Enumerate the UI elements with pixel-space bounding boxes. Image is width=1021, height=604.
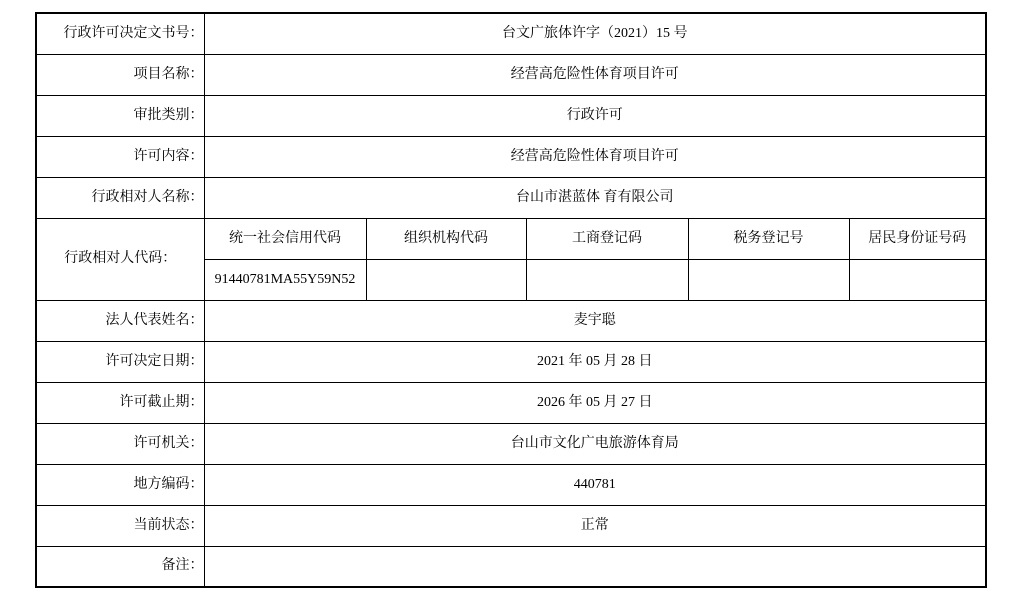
field-label-approval-category: 审批类别： bbox=[36, 95, 204, 136]
permit-info-table: 行政许可决定文书号： 台文广旅体许字（2021）15 号 项目名称： 经营高危险… bbox=[35, 12, 987, 588]
code-value-credit-code: 91440781MA55Y59N52 bbox=[204, 259, 366, 300]
field-label-document-number: 行政许可决定文书号： bbox=[36, 13, 204, 54]
field-label-project-name: 项目名称： bbox=[36, 54, 204, 95]
field-label-party-name: 行政相对人名称： bbox=[36, 177, 204, 218]
field-value-decision-date: 2021 年 05 月 28 日 bbox=[204, 341, 986, 382]
row-permit-authority: 许可机关： 台山市文化广电旅游体育局 bbox=[36, 423, 986, 464]
field-label-current-status: 当前状态： bbox=[36, 505, 204, 546]
field-value-remarks bbox=[204, 546, 986, 587]
field-label-permit-content: 许可内容： bbox=[36, 136, 204, 177]
field-label-permit-authority: 许可机关： bbox=[36, 423, 204, 464]
code-value-business-reg bbox=[526, 259, 688, 300]
row-current-status: 当前状态： 正常 bbox=[36, 505, 986, 546]
field-label-region-code: 地方编码： bbox=[36, 464, 204, 505]
code-column-header-business-reg: 工商登记码 bbox=[526, 218, 688, 259]
field-label-decision-date: 许可决定日期： bbox=[36, 341, 204, 382]
row-party-code-headers: 行政相对人代码： 统一社会信用代码 组织机构代码 工商登记码 税务登记号 居民身… bbox=[36, 218, 986, 259]
field-label-expiry-date: 许可截止期： bbox=[36, 382, 204, 423]
code-column-header-tax-reg: 税务登记号 bbox=[688, 218, 849, 259]
code-value-org-code bbox=[366, 259, 526, 300]
row-expiry-date: 许可截止期： 2026 年 05 月 27 日 bbox=[36, 382, 986, 423]
field-value-document-number: 台文广旅体许字（2021）15 号 bbox=[204, 13, 986, 54]
field-value-expiry-date: 2026 年 05 月 27 日 bbox=[204, 382, 986, 423]
field-label-remarks: 备注： bbox=[36, 546, 204, 587]
row-decision-date: 许可决定日期： 2021 年 05 月 28 日 bbox=[36, 341, 986, 382]
code-column-header-org-code: 组织机构代码 bbox=[366, 218, 526, 259]
row-party-name: 行政相对人名称： 台山市湛蓝体 育有限公司 bbox=[36, 177, 986, 218]
row-project-name: 项目名称： 经营高危险性体育项目许可 bbox=[36, 54, 986, 95]
row-approval-category: 审批类别： 行政许可 bbox=[36, 95, 986, 136]
row-legal-representative: 法人代表姓名： 麦宇聪 bbox=[36, 300, 986, 341]
field-value-party-name: 台山市湛蓝体 育有限公司 bbox=[204, 177, 986, 218]
code-column-header-credit-code: 统一社会信用代码 bbox=[204, 218, 366, 259]
row-permit-content: 许可内容： 经营高危险性体育项目许可 bbox=[36, 136, 986, 177]
field-value-permit-content: 经营高危险性体育项目许可 bbox=[204, 136, 986, 177]
field-value-permit-authority: 台山市文化广电旅游体育局 bbox=[204, 423, 986, 464]
field-value-project-name: 经营高危险性体育项目许可 bbox=[204, 54, 986, 95]
row-document-number: 行政许可决定文书号： 台文广旅体许字（2021）15 号 bbox=[36, 13, 986, 54]
code-value-id-number bbox=[849, 259, 986, 300]
field-value-current-status: 正常 bbox=[204, 505, 986, 546]
code-column-header-id-number: 居民身份证号码 bbox=[849, 218, 986, 259]
field-value-legal-representative: 麦宇聪 bbox=[204, 300, 986, 341]
code-value-tax-reg bbox=[688, 259, 849, 300]
field-value-approval-category: 行政许可 bbox=[204, 95, 986, 136]
field-label-legal-representative: 法人代表姓名： bbox=[36, 300, 204, 341]
row-remarks: 备注： bbox=[36, 546, 986, 587]
row-region-code: 地方编码： 440781 bbox=[36, 464, 986, 505]
field-value-region-code: 440781 bbox=[204, 464, 986, 505]
field-label-party-code: 行政相对人代码： bbox=[36, 218, 204, 300]
